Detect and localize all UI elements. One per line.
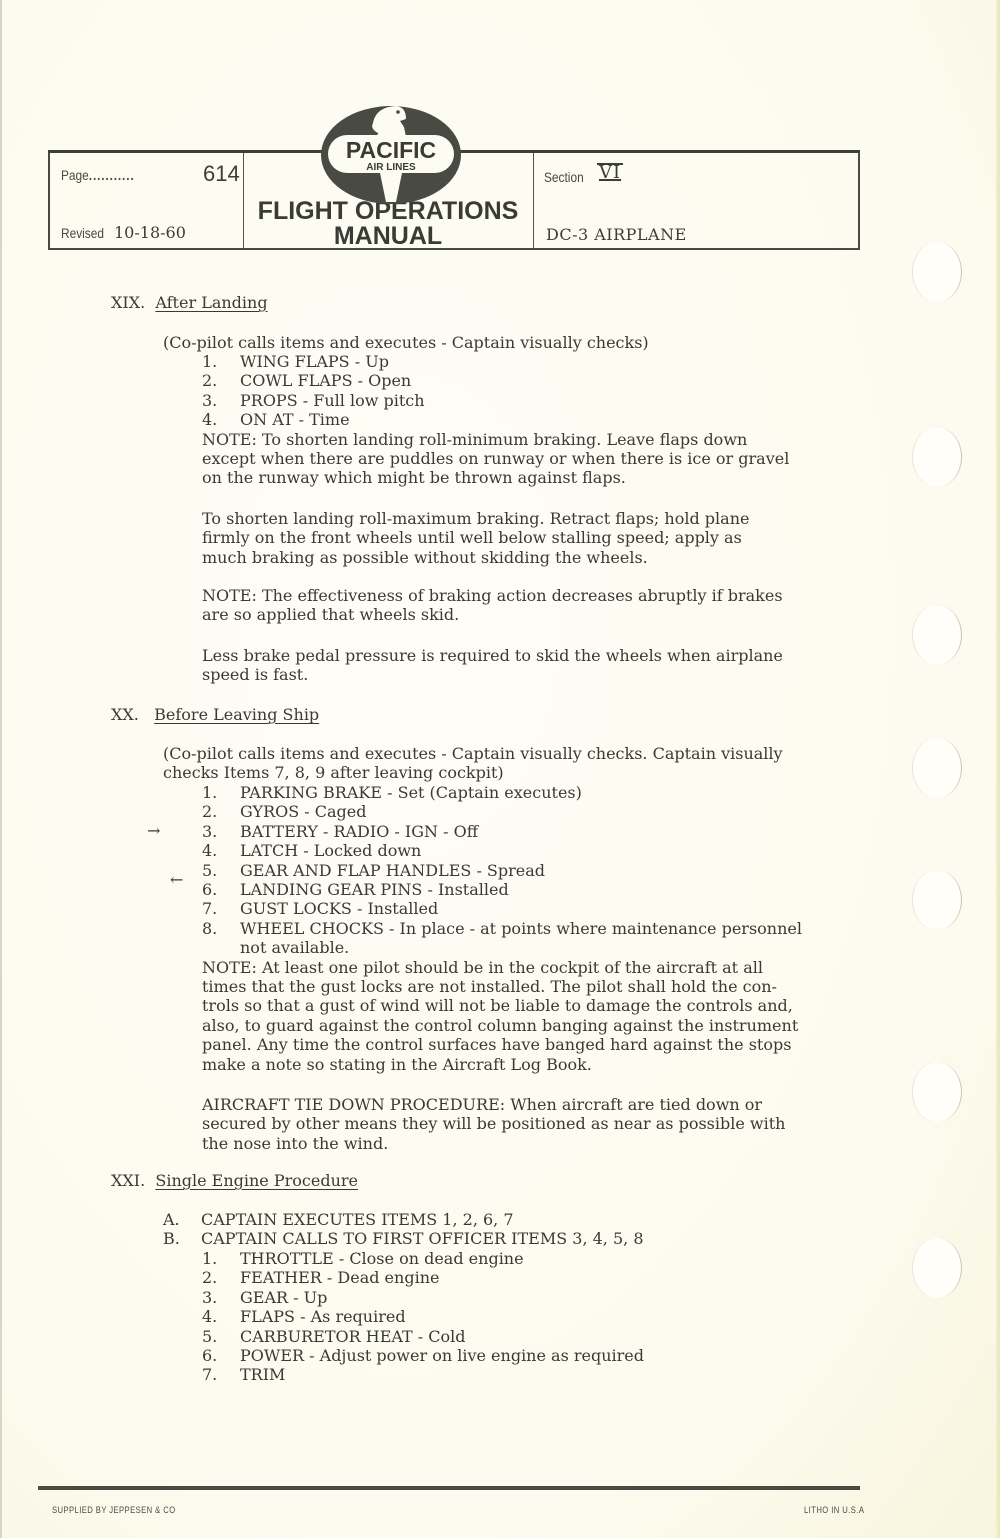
page-edge-left bbox=[0, 0, 2, 1538]
lettered-item: A.CAPTAIN EXECUTES ITEMS 1, 2, 6, 7 bbox=[163, 1210, 644, 1229]
checklist-item: 1.THROTTLE - Close on dead engine bbox=[202, 1249, 644, 1268]
checklist-item: 2.GYROS - Caged bbox=[202, 802, 802, 821]
revised-label: Revised bbox=[61, 225, 104, 241]
arrow-left-icon: ← bbox=[170, 870, 183, 889]
para-max-braking: To shorten landing roll-maximum braking.… bbox=[202, 509, 749, 567]
tie-down-procedure: AIRCRAFT TIE DOWN PROCEDURE: When aircra… bbox=[202, 1095, 785, 1153]
checklist-item: 8.WHEEL CHOCKS - In place - at points wh… bbox=[202, 919, 802, 938]
lettered-instructions: A.CAPTAIN EXECUTES ITEMS 1, 2, 6, 7 B.CA… bbox=[163, 1210, 644, 1249]
checklist-item-continued: not available. bbox=[202, 938, 802, 957]
checklist-xx: 1.PARKING BRAKE - Set (Captain executes)… bbox=[202, 783, 802, 1074]
page-edge-right bbox=[996, 0, 1000, 1538]
binder-hole bbox=[912, 1238, 962, 1298]
section-number: VI bbox=[597, 163, 623, 181]
checklist-item: 3.PROPS - Full low pitch bbox=[202, 391, 789, 410]
manual-page: Page........... 614 Revised 10-18-60 FLI… bbox=[0, 0, 1000, 1538]
section-heading-xxi: XXI. Single Engine Procedure bbox=[111, 1171, 358, 1190]
checklist-item: 2.COWL FLAPS - Open bbox=[202, 371, 789, 390]
checklist-xxi: 1.THROTTLE - Close on dead engine 2.FEAT… bbox=[202, 1249, 644, 1385]
binder-hole bbox=[912, 870, 962, 930]
note-braking-effectiveness: NOTE: The effectiveness of braking actio… bbox=[202, 586, 783, 625]
svg-text:PACIFIC: PACIFIC bbox=[346, 137, 436, 163]
checklist-item: 2.FEATHER - Dead engine bbox=[202, 1268, 644, 1287]
binder-hole bbox=[912, 738, 962, 798]
revised-date: 10-18-60 bbox=[114, 223, 186, 242]
binder-hole bbox=[912, 427, 962, 487]
footer-supplier: SUPPLIED BY JEPPESEN & CO bbox=[52, 1505, 176, 1515]
page-label: Page........... bbox=[61, 167, 135, 183]
pacific-air-lines-logo: PACIFIC AIR LINES bbox=[318, 97, 464, 207]
checklist-xix: 1.WING FLAPS - Up 2.COWL FLAPS - Open 3.… bbox=[202, 352, 789, 488]
checklist-item: 3.BATTERY - RADIO - IGN - Off bbox=[202, 822, 802, 841]
aircraft-type: DC-3 AIRPLANE bbox=[546, 225, 687, 244]
note-min-braking: NOTE: To shorten landing roll-minimum br… bbox=[202, 430, 789, 488]
checklist-item: 3.GEAR - Up bbox=[202, 1288, 644, 1307]
section-heading-xx: XX. Before Leaving Ship bbox=[111, 705, 319, 724]
section-intro: (Co-pilot calls items and executes - Cap… bbox=[163, 333, 649, 352]
footer-printer: LITHO IN U.S.A bbox=[804, 1505, 864, 1515]
checklist-item: 7.GUST LOCKS - Installed bbox=[202, 899, 802, 918]
arrow-right-icon: → bbox=[147, 821, 160, 840]
section-info-cell: Section VI DC-3 AIRPLANE bbox=[533, 153, 858, 248]
checklist-item: 4.FLAPS - As required bbox=[202, 1307, 644, 1326]
page-info-cell: Page........... 614 Revised 10-18-60 bbox=[50, 153, 244, 248]
checklist-item: 5.CARBURETOR HEAT - Cold bbox=[202, 1327, 644, 1346]
para-brake-pressure: Less brake pedal pressure is required to… bbox=[202, 646, 783, 685]
checklist-item: 6.LANDING GEAR PINS - Installed bbox=[202, 880, 802, 899]
checklist-item: 6.POWER - Adjust power on live engine as… bbox=[202, 1346, 644, 1365]
footer-rule bbox=[38, 1486, 860, 1490]
checklist-item: 4.ON AT - Time bbox=[202, 410, 789, 429]
checklist-item: 5.GEAR AND FLAP HANDLES - Spread bbox=[202, 861, 802, 880]
binder-hole bbox=[912, 1062, 962, 1122]
checklist-item: 4.LATCH - Locked down bbox=[202, 841, 802, 860]
binder-hole bbox=[912, 605, 962, 665]
checklist-item: 1.PARKING BRAKE - Set (Captain executes) bbox=[202, 783, 802, 802]
checklist-item: 7.TRIM bbox=[202, 1365, 644, 1384]
section-heading-xix: XIX. After Landing bbox=[111, 293, 268, 312]
page-number: 614 bbox=[203, 161, 240, 187]
section-intro: (Co-pilot calls items and executes - Cap… bbox=[163, 744, 783, 783]
svg-text:AIR LINES: AIR LINES bbox=[366, 162, 416, 173]
section-label: Section bbox=[544, 169, 584, 185]
binder-hole bbox=[912, 242, 962, 302]
checklist-item: 1.WING FLAPS - Up bbox=[202, 352, 789, 371]
lettered-item: B.CAPTAIN CALLS TO FIRST OFFICER ITEMS 3… bbox=[163, 1229, 644, 1248]
note-gust-locks: NOTE: At least one pilot should be in th… bbox=[202, 958, 802, 1074]
